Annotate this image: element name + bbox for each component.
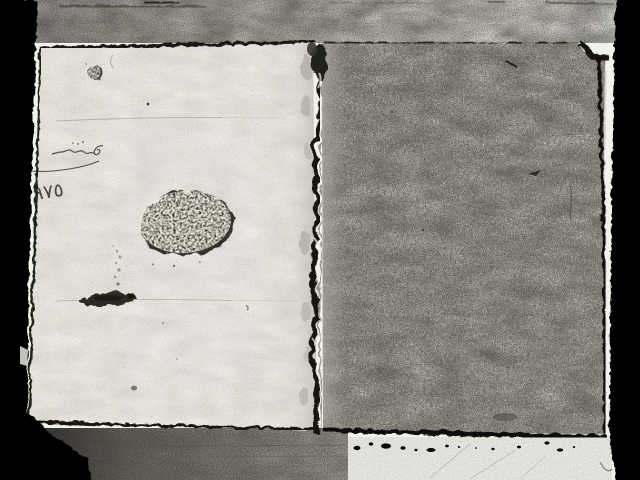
spatter-dot [427, 448, 436, 452]
top-edge-streak [142, 2, 178, 3]
spatter-dot [369, 442, 373, 445]
smudge-trail-dot [116, 250, 119, 253]
gutter-top-blob [307, 42, 317, 56]
right-page [320, 40, 610, 436]
spatter-dot [491, 448, 494, 450]
torn-paper-bit [296, 387, 306, 403]
smudge-trail-dot [115, 262, 117, 264]
smudge-trail-dot [119, 256, 122, 259]
spatter-dot [400, 446, 405, 450]
smudge-trail-dot [117, 268, 120, 271]
scan-artwork: ٩٧٥ [0, 0, 640, 480]
ink-fleck [162, 322, 164, 324]
stain-blob [561, 409, 575, 415]
spatter-dot [381, 443, 391, 448]
torn-paper-bit [296, 228, 308, 252]
torn-paper-bit [299, 52, 311, 78]
left-page: ٩٧٥ [17, 40, 320, 432]
smudge-trail-dot [116, 282, 119, 285]
torn-paper-bit [299, 300, 309, 320]
manuscript-scan: ٩٧٥ [0, 0, 640, 480]
spatter-dot [458, 446, 460, 448]
ink-fleck [131, 386, 137, 391]
spatter-dot [517, 446, 521, 449]
spatter-dot [445, 445, 449, 448]
ink-dot [147, 103, 150, 106]
top-shadow-band [0, 0, 640, 43]
top-edge-streak [330, 2, 432, 3]
spatter-dot [475, 447, 477, 449]
right-page-top-edge [322, 42, 579, 43]
scratch-line-upper [222, 118, 286, 119]
spatter-dot [354, 446, 361, 450]
torn-paper-bit [302, 140, 310, 156]
top-edge-streak [58, 5, 205, 7]
right-black-margin [608, 0, 640, 480]
ink-fleck [176, 358, 178, 360]
torn-paper-bit [298, 95, 308, 113]
ink-fleck [444, 247, 446, 249]
smudge-trail-dot [112, 245, 114, 247]
ink-fleck [391, 111, 393, 113]
gutter-shadow-right [322, 42, 346, 434]
spatter-dot [557, 448, 563, 451]
smudge-trail-dot [114, 276, 117, 279]
scratch-line-lower [232, 301, 300, 302]
spatter-dot [414, 449, 417, 451]
spatter-dot [544, 441, 549, 444]
stain-blob [493, 413, 517, 421]
spatter-dot [573, 446, 575, 448]
ink-fleck [422, 229, 424, 231]
handwritten-number: ٩٧٥ [32, 179, 65, 205]
